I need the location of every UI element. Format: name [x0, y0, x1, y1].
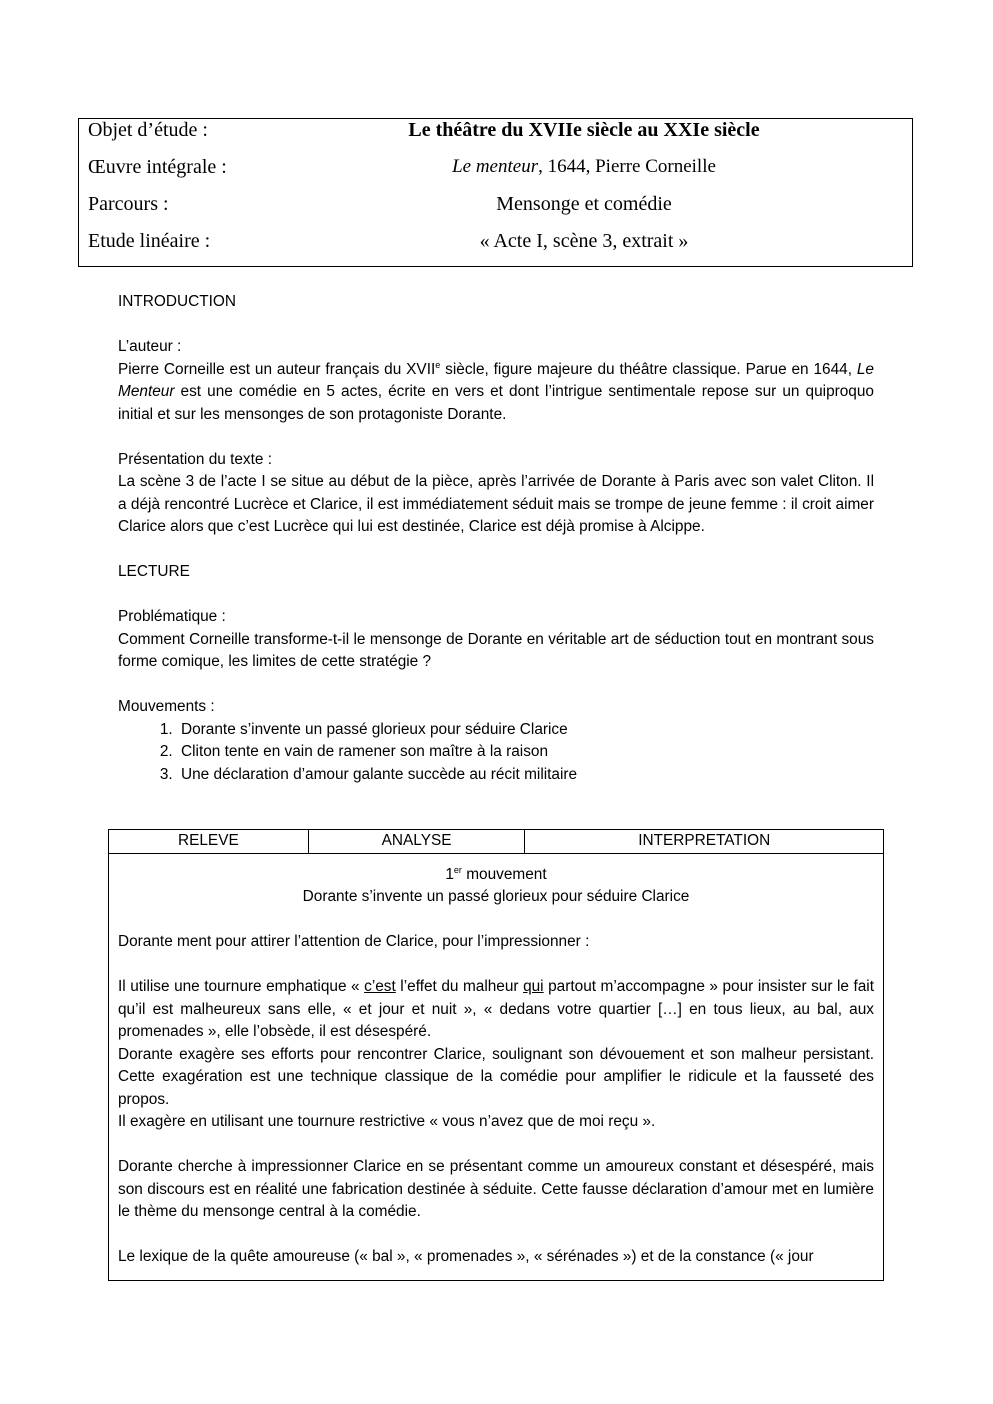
header-row-parcours: Parcours : Mensonge et comédie [79, 193, 912, 230]
movement-num: 1 [445, 866, 454, 883]
author-paragraph: Pierre Corneille est un auteur français … [118, 359, 874, 427]
oeuvre-label: Œuvre intégrale : [88, 156, 227, 179]
objet-value: Le théâtre du XVIIe siècle au XXIe siècl… [334, 119, 834, 142]
problematique-label: Problématique : [118, 606, 874, 629]
oeuvre-details: , 1644, Pierre Corneille [538, 156, 716, 177]
author-text-1: Pierre Corneille est un auteur français … [118, 361, 435, 378]
analysis-paragraph-4: Dorante cherche à impressionner Clarice … [118, 1156, 874, 1224]
analysis-paragraph-2: Dorante exagère ses efforts pour rencont… [118, 1044, 874, 1112]
introduction-heading: INTRODUCTION [118, 291, 874, 314]
etude-label: Etude linéaire : [88, 230, 210, 253]
mouvements-list: Dorante s’invente un passé glorieux pour… [118, 719, 874, 787]
author-text-2: siècle, figure majeure du théâtre classi… [440, 361, 857, 378]
oeuvre-value: Le menteur, 1644, Pierre Corneille [334, 156, 834, 178]
p1-text-b: l’effet du malheur [396, 978, 523, 995]
header-row-oeuvre: Œuvre intégrale : Le menteur, 1644, Pier… [79, 156, 912, 193]
header-row-objet: Objet d’étude : Le théâtre du XVIIe sièc… [79, 119, 912, 156]
header-info-box: Objet d’étude : Le théâtre du XVIIe sièc… [78, 118, 913, 267]
author-text-3: est une comédie en 5 actes, écrite en ve… [118, 383, 874, 423]
table-header-row: RELEVE ANALYSE INTERPRETATION [109, 830, 884, 854]
movement-1-cell: 1er mouvement Dorante s’invente un passé… [109, 853, 884, 1280]
oeuvre-title: Le menteur [452, 156, 538, 177]
ordinal-sup: er [454, 864, 462, 874]
intro-line: Dorante ment pour attirer l’attention de… [118, 931, 874, 954]
author-label: L’auteur : [118, 336, 874, 359]
col-header-interpretation: INTERPRETATION [525, 830, 884, 854]
underlined-cest: c’est [364, 978, 396, 995]
objet-label: Objet d’étude : [88, 119, 208, 142]
col-header-analyse: ANALYSE [308, 830, 525, 854]
lecture-heading: LECTURE [118, 561, 874, 584]
presentation-paragraph: La scène 3 de l’acte I se situe au début… [118, 471, 874, 539]
movement-word: mouvement [462, 866, 547, 883]
presentation-label: Présentation du texte : [118, 449, 874, 472]
underlined-qui: qui [523, 978, 544, 995]
mouvement-item: Une déclaration d’amour galante succède … [177, 764, 874, 787]
body-text: INTRODUCTION L’auteur : Pierre Corneille… [118, 291, 874, 786]
table-row: 1er mouvement Dorante s’invente un passé… [109, 853, 884, 1280]
mouvement-item: Cliton tente en vain de ramener son maît… [177, 741, 874, 764]
parcours-value: Mensonge et comédie [334, 193, 834, 216]
mouvements-label: Mouvements : [118, 696, 874, 719]
analysis-paragraph-1: Il utilise une tournure emphatique « c’e… [118, 976, 874, 1044]
analysis-table: RELEVE ANALYSE INTERPRETATION 1er mouvem… [108, 829, 884, 1281]
problematique-paragraph: Comment Corneille transforme-t-il le men… [118, 629, 874, 674]
col-header-releve: RELEVE [109, 830, 309, 854]
analysis-paragraph-5: Le lexique de la quête amoureuse (« bal … [118, 1246, 874, 1269]
analysis-paragraph-3: Il exagère en utilisant une tournure res… [118, 1111, 874, 1134]
mouvement-item: Dorante s’invente un passé glorieux pour… [177, 719, 874, 742]
p1-text-a: Il utilise une tournure emphatique « [118, 978, 364, 995]
header-row-etude: Etude linéaire : « Acte I, scène 3, extr… [79, 230, 912, 267]
movement-number: 1er mouvement [118, 864, 874, 887]
etude-value: « Acte I, scène 3, extrait » [334, 230, 834, 253]
movement-title: Dorante s’invente un passé glorieux pour… [118, 886, 874, 909]
parcours-label: Parcours : [88, 193, 169, 216]
